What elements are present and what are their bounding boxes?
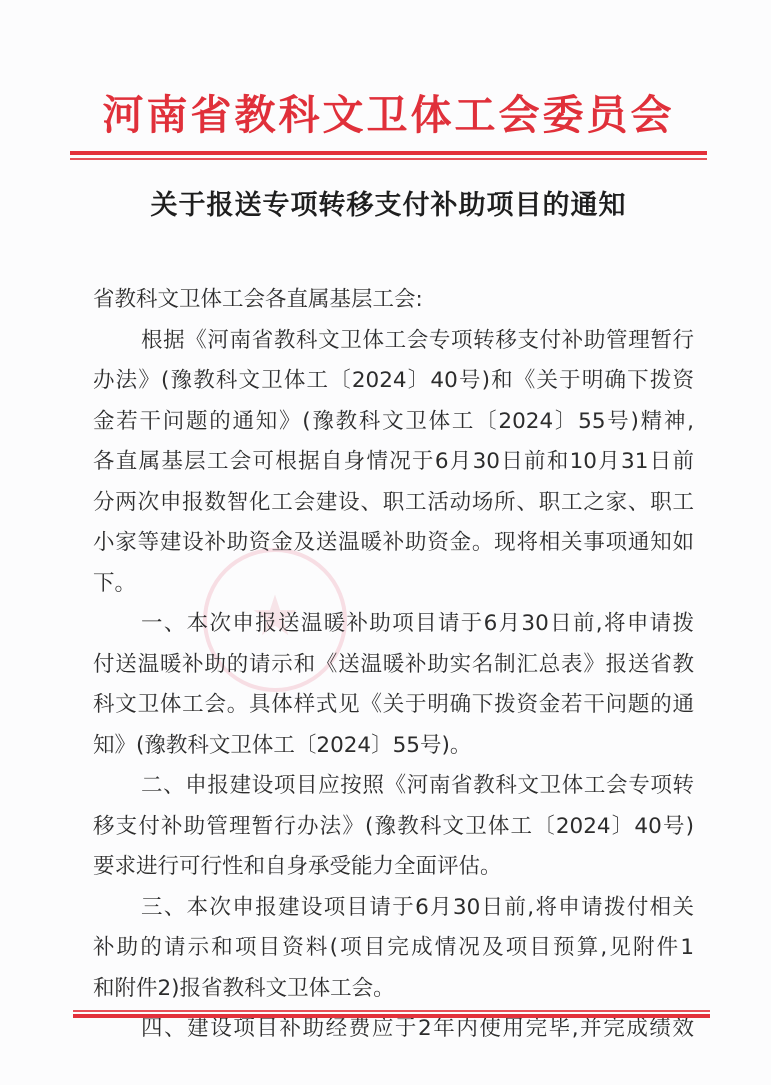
addressee: 省教科文卫体工会各直属基层工会: [93,280,694,321]
paragraph-line: 分两次申报数智化工会建设、职工活动场所、职工之家、职工 [93,483,694,524]
paragraph-line: 各直属基层工会可根据自身情况于6月30日前和10月31日前 [93,442,694,483]
paragraph-line: 根据《河南省教科文卫体工会专项转移支付补助管理暂行 [93,321,694,362]
paragraph-line: 一、本次申报送温暖补助项目请于6月30日前,将申请拨 [93,604,694,645]
paragraph-line: 移支付补助管理暂行办法》(豫教科文卫体工〔2024〕40号) [93,807,694,848]
paragraph-line: 三、本次申报建设项目请于6月30日前,将申请拨付相关 [93,888,694,929]
paragraph-line: 小家等建设补助资金及送温暖补助资金。现将相关事项通知如 [93,523,694,564]
paragraph-line: 科文卫体工会。具体样式见《关于明确下拨资金若干问题的通 [93,685,694,726]
header-rule-thick [70,151,707,155]
paragraph-line: 补助的请示和项目资料(项目完成情况及项目预算,见附件1 [93,928,694,969]
paragraph-line: 付送温暖补助的请示和《送温暖补助实名制汇总表》报送省教 [93,645,694,686]
paragraph-line: 二、申报建设项目应按照《河南省教科文卫体工会专项转 [93,766,694,807]
document-page: 河南省教科文卫体工会委员会 关于报送专项转移支付补助项目的通知 ★ 省教科文卫体… [0,0,771,1085]
paragraph-line: 金若干问题的通知》(豫教科文卫体工〔2024〕55号)精神, [93,402,694,443]
document-body: 省教科文卫体工会各直属基层工会: 根据《河南省教科文卫体工会专项转移支付补助管理… [93,280,694,1050]
paragraph-line: 要求进行可行性和自身承受能力全面评估。 [93,847,694,888]
footer-rule-thick [73,1014,710,1018]
paragraph-line: 知》(豫教科文卫体工〔2024〕55号)。 [93,726,694,767]
paragraph-line: 和附件2)报省教科文卫体工会。 [93,969,694,1010]
header-rule-thin [70,158,707,160]
document-title: 关于报送专项转移支付补助项目的通知 [70,186,707,226]
org-letterhead-title: 河南省教科文卫体工会委员会 [70,90,707,140]
paragraph-line: 下。 [93,564,694,605]
footer-rule-thin [73,1010,710,1012]
paragraph-line: 办法》(豫教科文卫体工〔2024〕40号)和《关于明确下拨资 [93,361,694,402]
